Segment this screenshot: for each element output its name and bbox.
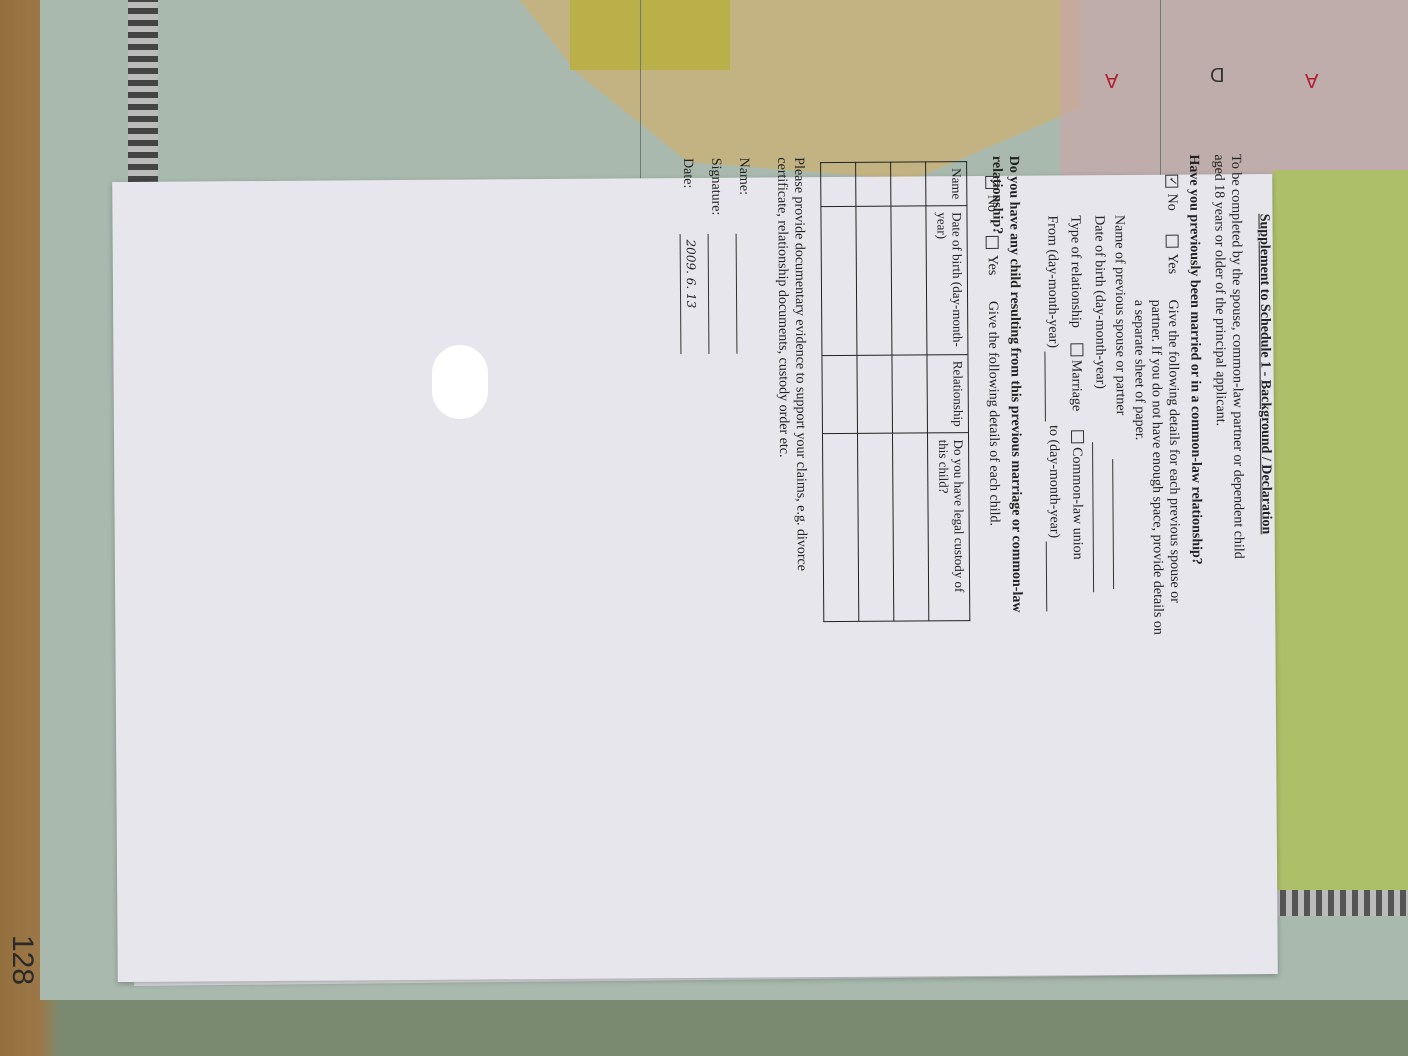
signature-line[interactable] [708, 233, 724, 353]
q2-yes-label: Yes [984, 255, 1001, 275]
signature-label: Signature: [707, 158, 725, 230]
common-law-label: Common-law union [1069, 447, 1085, 559]
name-label: Name: [735, 158, 753, 230]
table-cell[interactable] [891, 206, 927, 355]
map-label: A [1305, 68, 1318, 91]
q1-instructions: Give the following details for each prev… [1130, 300, 1183, 640]
input-line[interactable] [1046, 542, 1059, 612]
input-line[interactable] [1044, 352, 1057, 422]
checkbox-checked-icon[interactable]: ✓ [985, 176, 998, 189]
table-row [856, 162, 894, 621]
field-label: Name of previous spouse or partner [1111, 215, 1127, 415]
date-value: 2009. 6. 13 [682, 239, 699, 308]
checkbox-icon[interactable] [1071, 431, 1084, 444]
table-cell[interactable] [822, 434, 858, 622]
name-line[interactable]: [redacted] [736, 233, 752, 353]
q1-no-label: No [1163, 194, 1180, 211]
q2-instructions: Give the following details of each child… [984, 301, 1003, 526]
q1-no-option[interactable]: ✓ No [1163, 175, 1180, 211]
input-line[interactable] [1112, 459, 1126, 589]
child-details-table: Name Date of birth (day-month-year) Rela… [820, 161, 970, 622]
field-label: Date of birth (day-month-year) [1091, 215, 1107, 389]
signature-row: Signature: [707, 158, 725, 354]
table-header-row: Name Date of birth (day-month-year) Rela… [926, 162, 970, 621]
table-cell[interactable] [856, 162, 891, 206]
map-label: D [1210, 62, 1224, 85]
name-row: Name: [redacted] [735, 158, 753, 354]
checkbox-icon[interactable] [986, 236, 999, 249]
form-paper: Supplement to Schedule 1 - Background / … [112, 174, 1278, 982]
q2-no-option[interactable]: ✓ No [983, 176, 1000, 212]
q1-question: Have you previously been married or in a… [1185, 154, 1205, 564]
form-intro: To be completed by the spouse, common-la… [1210, 154, 1247, 574]
map-label: A [1105, 68, 1118, 91]
table-row [821, 162, 859, 621]
evidence-note: Please provide documentary evidence to s… [773, 157, 810, 617]
input-line[interactable] [1092, 442, 1106, 592]
col-header: Name [926, 162, 967, 206]
form-title: Supplement to Schedule 1 - Background / … [1255, 94, 1276, 654]
relationship-type-field: Type of relationship Marriage Common-law… [1066, 215, 1086, 559]
field-label: From (day-month-year) [1044, 215, 1060, 348]
table-cell[interactable] [891, 162, 926, 206]
q1-yes-option[interactable]: Yes [1164, 235, 1181, 274]
map-page-number: 128 [5, 935, 39, 979]
checkbox-icon[interactable] [1070, 343, 1083, 356]
q2-no-label: No [983, 195, 1000, 212]
table-cell[interactable] [857, 434, 893, 622]
redaction-blob [432, 345, 488, 419]
relationship-dates-field[interactable]: From (day-month-year) to (day-month-year… [1043, 215, 1063, 611]
checkbox-checked-icon[interactable]: ✓ [1165, 175, 1178, 188]
date-label: Date: [679, 158, 697, 230]
name-value: [redacted] [738, 239, 755, 302]
table-cell[interactable] [821, 162, 856, 206]
q2-yes-option[interactable]: Yes [984, 236, 1001, 275]
table-cell[interactable] [822, 355, 858, 434]
table-cell[interactable] [821, 206, 857, 355]
date-row: Date: 2009. 6. 13 [679, 158, 697, 354]
form-page: Supplement to Schedule 1 - Background / … [192, 93, 1356, 661]
q1-yes-label: Yes [1164, 254, 1181, 274]
checkbox-icon[interactable] [1166, 235, 1179, 248]
col-header: Date of birth (day-month-year) [926, 206, 968, 355]
prev-spouse-name-field[interactable]: Name of previous spouse or partner [1110, 215, 1130, 589]
table-cell[interactable] [892, 433, 928, 621]
table-cell[interactable] [857, 355, 893, 434]
prev-spouse-dob-field[interactable]: Date of birth (day-month-year) [1090, 215, 1110, 592]
table-row [891, 162, 929, 621]
map-land-region [570, 0, 730, 70]
col-header: Do you have legal custody of this child? [927, 433, 969, 621]
table-cell[interactable] [892, 355, 928, 434]
table-cell[interactable] [856, 206, 892, 355]
date-line[interactable]: 2009. 6. 13 [680, 233, 696, 353]
field-label: to (day-month-year) [1046, 425, 1062, 538]
field-label: Type of relationship [1067, 215, 1083, 328]
col-header: Relationship [927, 354, 969, 433]
marriage-label: Marriage [1068, 360, 1083, 411]
